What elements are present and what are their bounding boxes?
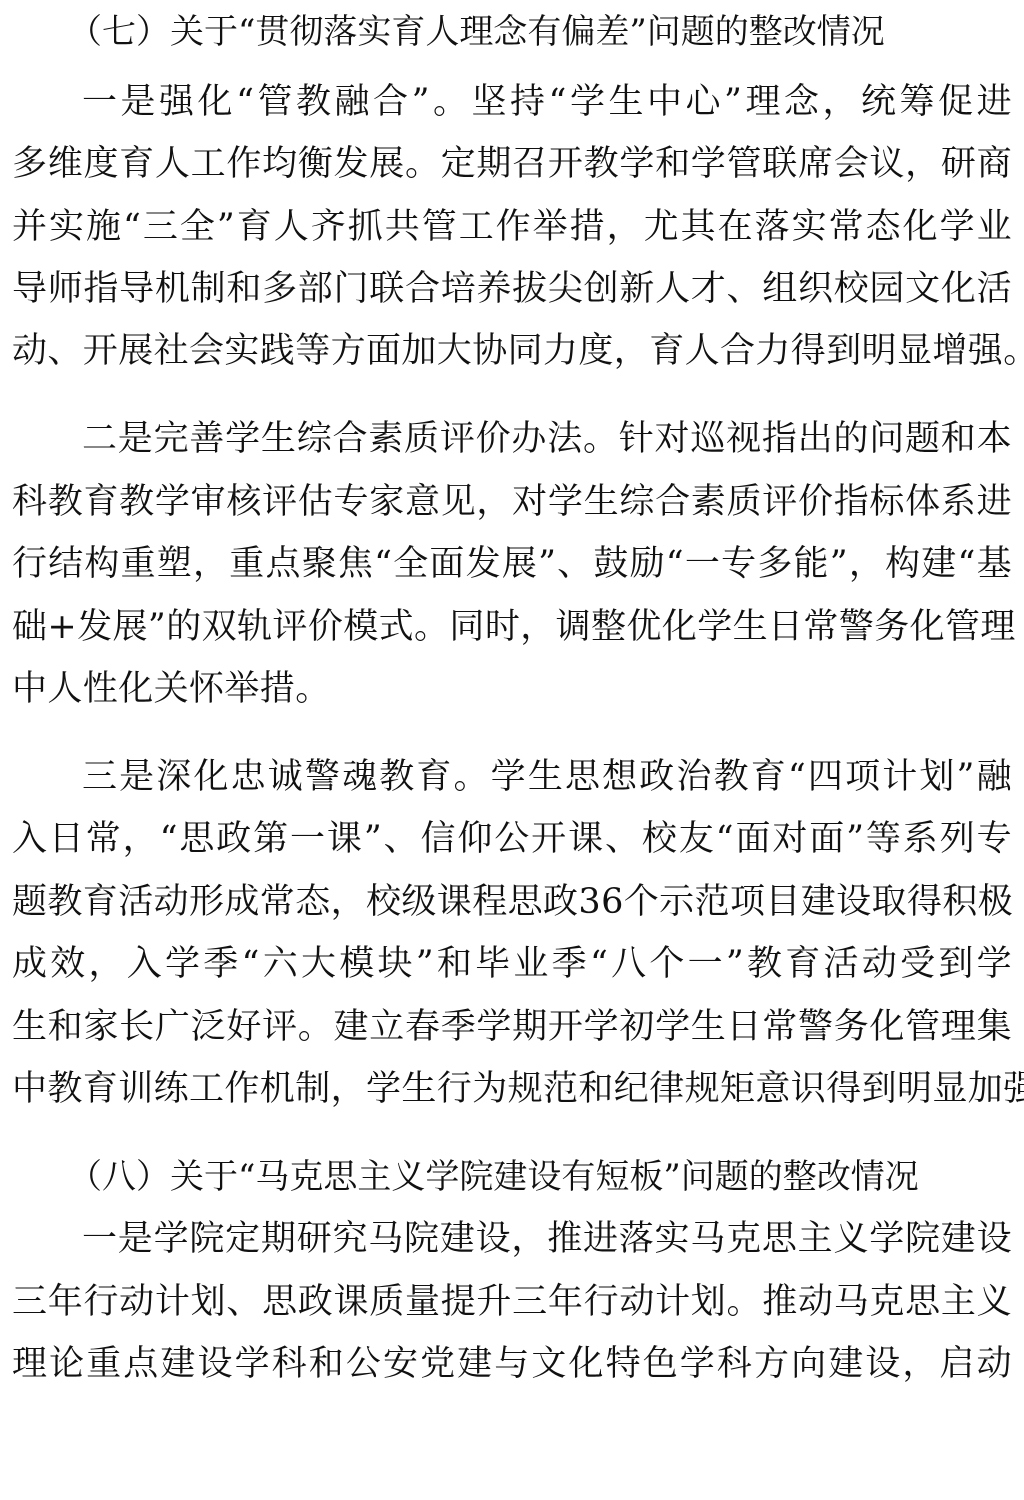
paragraph-line: 中教育训练工作机制，学生行为规范和纪律规矩意识得到明显加强。 <box>12 1067 1012 1111</box>
paragraph-line: 二是完善学生综合素质评价办法。针对巡视指出的问题和本 <box>82 417 1012 461</box>
paragraph-line: 三是深化忠诚警魂教育。学生思想政治教育“四项计划”融 <box>82 755 1012 799</box>
paragraph-line: 础+发展”的双轨评价模式。同时，调整优化学生日常警务化管理 <box>12 605 1012 649</box>
paragraph-line: 科教育教学审核评估专家意见，对学生综合素质评价指标体系进 <box>12 480 1012 524</box>
paragraph-line: 三年行动计划、思政课质量提升三年行动计划。推动马克思主义 <box>12 1280 1012 1324</box>
paragraph-line: 中人性化关怀举措。 <box>12 667 1012 711</box>
paragraph-line: 行结构重塑，重点聚焦“全面发展”、鼓励“一专多能”，构建“基 <box>12 542 1012 586</box>
section-heading-7: （七）关于“贯彻落实育人理念有偏差”问题的整改情况 <box>68 10 885 54</box>
section-heading-8: （八）关于“马克思主义学院建设有短板”问题的整改情况 <box>68 1155 919 1199</box>
paragraph-line: 生和家长广泛好评。建立春季学期开学初学生日常警务化管理集 <box>12 1005 1012 1049</box>
paragraph-line: 多维度育人工作均衡发展。定期召开教学和学管联席会议，研商 <box>12 142 1012 186</box>
paragraph-line: 导师指导机制和多部门联合培养拔尖创新人才、组织校园文化活 <box>12 267 1012 311</box>
paragraph-line: 题教育活动形成常态，校级课程思政36个示范项目建设取得积极 <box>12 880 1012 924</box>
document-page: （七）关于“贯彻落实育人理念有偏差”问题的整改情况 一是强化“管教融合”。坚持“… <box>0 0 1024 1500</box>
paragraph-line: 一是学院定期研究马院建设，推进落实马克思主义学院建设 <box>82 1217 1012 1261</box>
paragraph-line: 并实施“三全”育人齐抓共管工作举措，尤其在落实常态化学业 <box>12 205 1012 249</box>
paragraph-line: 动、开展社会实践等方面加大协同力度，育人合力得到明显增强。 <box>12 329 1012 373</box>
paragraph-line: 理论重点建设学科和公安党建与文化特色学科方向建设，启动 <box>12 1342 1012 1386</box>
paragraph-line: 入日常，“思政第一课”、信仰公开课、校友“面对面”等系列专 <box>12 817 1012 861</box>
paragraph-line: 一是强化“管教融合”。坚持“学生中心”理念，统筹促进 <box>82 80 1012 124</box>
paragraph-line: 成效，入学季“六大模块”和毕业季“八个一”教育活动受到学 <box>12 942 1012 986</box>
